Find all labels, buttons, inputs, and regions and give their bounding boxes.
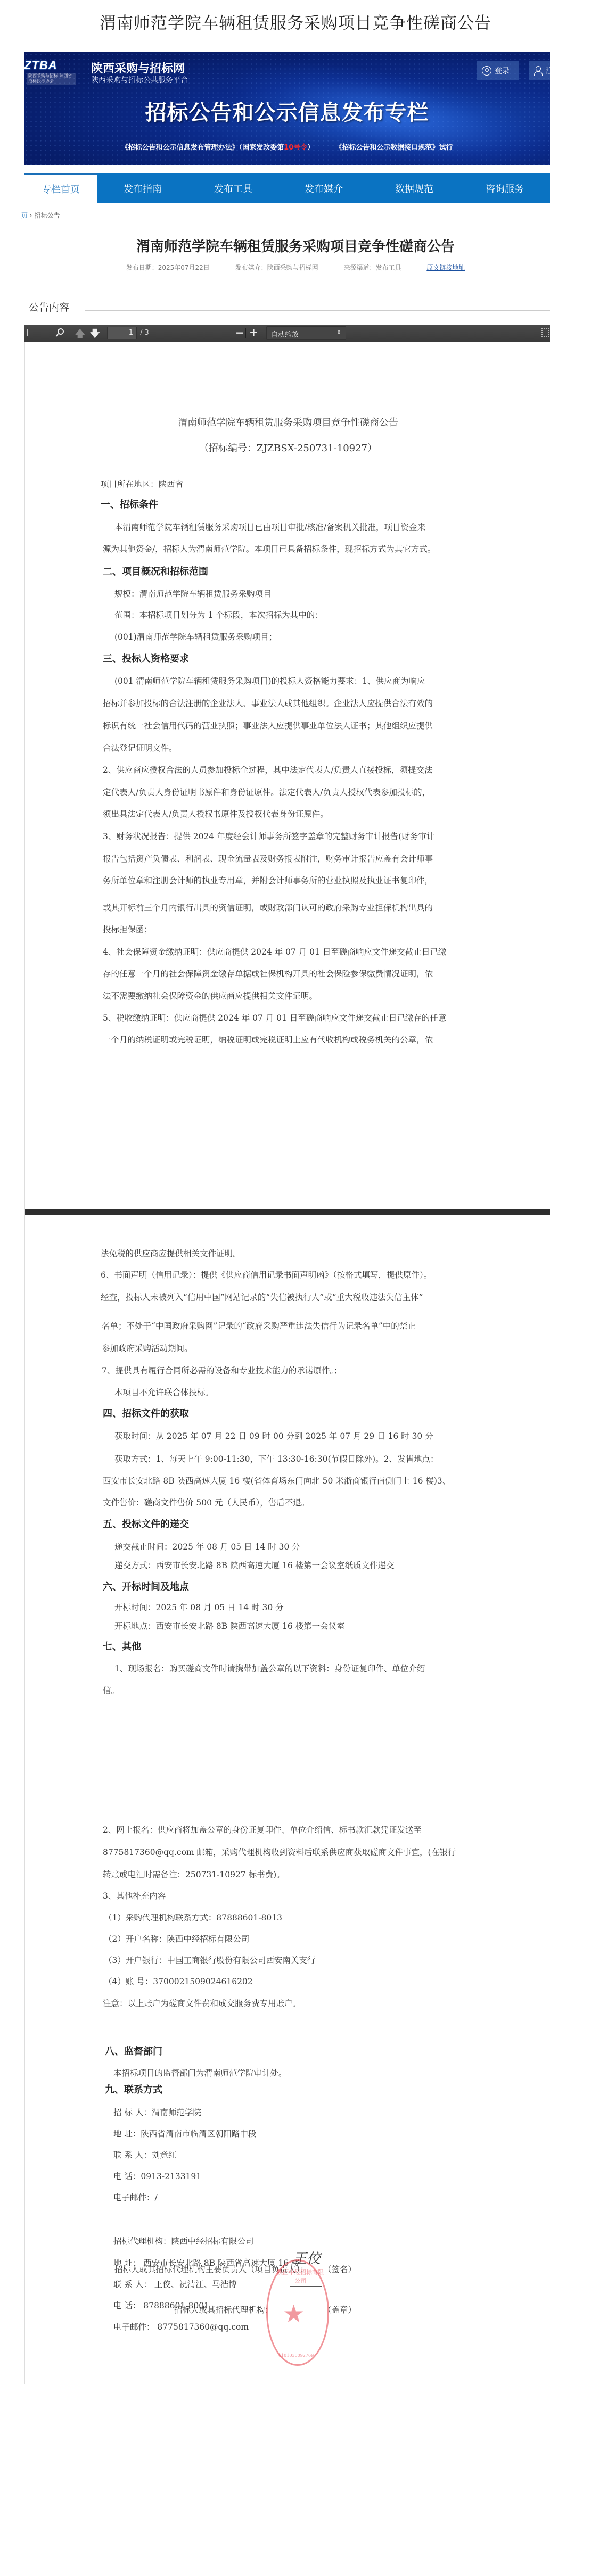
next-page-button[interactable]: 🡇 [90, 327, 100, 343]
user-icon [482, 66, 491, 76]
section-heading: 五、投标文件的递交 [103, 1517, 189, 1530]
paragraph-line: （1）采购代理机构联系方式：87888601-8013 [104, 1911, 282, 1923]
contact-line: 电 话：0913-2133191 [113, 2170, 201, 2182]
article-meta: 发布日期：2025年07月22日 发布媒介：陕西采购与招标网 来源渠道：发布工具… [0, 263, 591, 272]
banner-title: 招标公告和公示信息发布专栏 [24, 96, 550, 126]
sidebar-toggle-icon[interactable] [23, 329, 28, 336]
section-heading: 一、招标条件 [101, 497, 158, 511]
nav-item-media[interactable]: 发布媒介 [278, 173, 369, 203]
paragraph-line: 4、社会保障资金缴纳证明：供应商提供 2024 年 07 月 01 日至磋商响应… [103, 946, 446, 957]
pdf-page-2: 法免税的供应商应提供相关文件证明。 6、书面声明（信用记录）：提供《供应商信用记… [25, 1215, 550, 1817]
paragraph-line: 法免税的供应商应提供相关文件证明。 [101, 1247, 241, 1259]
source-channel: 来源渠道：发布工具 [343, 264, 401, 271]
paragraph-line: （3）开户银行：中国工商银行股份有限公司西安南关支行 [104, 1954, 315, 1966]
section-heading: 二、项目概况和招标范围 [103, 564, 208, 578]
site-logo[interactable]: ZTBA 陕西采购与招标 陕西省招标投标协会 [24, 59, 87, 88]
paragraph-line: 获取方式：1、每天上午 9:00-11:30，下午 13:30-16:30(节假… [114, 1453, 438, 1464]
section-heading: 七、其他 [103, 1639, 141, 1653]
paragraph-line: 投标担保函； [103, 923, 152, 935]
nav-item-home[interactable]: 专栏首页 [24, 173, 97, 203]
paragraph-line: (001)渭南师范学院车辆租赁服务采购项目； [114, 631, 277, 642]
paragraph-line: 一个月的纳税证明或完税证明，纳税证明或完税证明上应有代收机构或税务机关的公章，依 [103, 1033, 433, 1045]
paragraph-line: 2、网上报名：供应商将加盖公章的身份证复印件、单位介绍信、标书款汇款凭证发送至 [103, 1824, 422, 1835]
toolbar-separator [87, 328, 87, 338]
notice-link-management[interactable]: 《招标公告和公示信息发布管理办法》（国家发改委第10号令） [121, 144, 315, 152]
sign-suffix: （签名） [323, 2263, 356, 2275]
page-number-input[interactable]: 1 [107, 327, 137, 339]
paragraph-line: 注意：以上账户为磋商文件费和成交服务费专用账户。 [103, 1997, 301, 2009]
paragraph-line: 1、现场报名：购买磋商文件时请携带加盖公章的以下资料：身份证复印件、单位介绍 [114, 1662, 425, 1674]
paragraph-line: 2、供应商应授权合法的人员参加投标全过程，其中法定代表人/负责人直接投标，须提交… [103, 764, 433, 775]
previous-page-button[interactable]: 🡅 [75, 327, 85, 343]
site-subtitle: 陕西采购与招标公共服务平台 [91, 74, 188, 85]
pdf-page-1: 渭南师范学院车辆租赁服务采购项目竞争性磋商公告 （招标编号：ZJZBSX-250… [25, 342, 550, 1209]
contact-line: 联 系 人： 王佼、祝清江、马浩博 [113, 2278, 237, 2290]
zoom-out-button[interactable]: − [235, 326, 244, 339]
publish-date: 发布日期：2025年07月22日 [126, 264, 210, 271]
register-button[interactable]: 注 [529, 61, 550, 80]
project-region: 项目所在地区：陕西省 [101, 478, 183, 490]
breadcrumb-home[interactable]: 页 [21, 212, 28, 219]
page-title: 渭南师范学院车辆租赁服务采购项目竞争性磋商公告 [0, 10, 591, 34]
paragraph-line: 本招标项目的监督部门为渭南师范学院审计处。 [113, 2067, 287, 2078]
pdf-toolbar: 🡅 🡇 1 / 3 − + 自动缩放 ⇕ [24, 325, 550, 342]
toolbar-separator [245, 328, 246, 338]
nav-item-guide[interactable]: 发布指南 [97, 173, 188, 203]
nav-item-consulting[interactable]: 咨询服务 [459, 173, 550, 203]
seal-number: 6101030092769 [278, 2353, 314, 2358]
paragraph-line: 获取时间：从 2025 年 07 月 22 日 09 时 00 分到 2025 … [114, 1430, 433, 1442]
logo-subtext: 陕西采购与招标 陕西省招标投标协会 [27, 73, 76, 85]
paragraph-line: 递交方式：西安市长安北路 8B 陕西高速大厦 16 楼第一会议室纸质文件递交 [114, 1559, 395, 1571]
user-add-icon [534, 66, 543, 76]
paragraph-line: 信。 [103, 1684, 119, 1696]
divider [85, 310, 550, 311]
paragraph-line: 须出具法定代表人/负责人授权书原件及授权代表身份证原件。 [103, 808, 329, 819]
paragraph-line: 文件售价：磋商文件售价 500 元（人民币），售后不退。 [103, 1496, 309, 1508]
paragraph-line: 名单；不处于“中国政府采购网”记录的“政府采购严重违法失信行为记录名单”中的禁止 [102, 1320, 416, 1331]
section-heading: 四、招标文件的获取 [103, 1406, 189, 1420]
login-label: 登录 [495, 65, 510, 76]
paragraph-line: 或其开标前三个月内银行出具的资信证明，或财政部门认可的政府采购专业担保机构出具的 [103, 901, 433, 913]
site-name: 陕西采购与招标网 [91, 60, 185, 76]
section-label: 公告内容 [29, 300, 69, 314]
divider [24, 228, 550, 228]
paragraph-line: 5、税收缴纳证明：供应商提供 2024 年 07 月 01 日至磋商响应文件递交… [103, 1012, 446, 1023]
paragraph-line: 源为其他资金/，招标人为渭南师范学院。本项目已具备招标条件，现招标方式为其它方式… [103, 543, 436, 554]
pdf-viewer[interactable]: 渭南师范学院车辆租赁服务采购项目竞争性磋商公告 （招标编号：ZJZBSX-250… [24, 342, 550, 2384]
paragraph-line: (001 渭南师范学院车辆租赁服务采购项目)的投标人资格能力要求：1、供应商为响… [114, 675, 425, 686]
notice-left-suffix: ） [307, 144, 314, 152]
seal-text: 陕西中经招标有限公司 [276, 2268, 324, 2285]
page-separator [25, 1209, 550, 1215]
register-label: 注 [546, 65, 550, 76]
breadcrumb-separator: › [30, 212, 32, 219]
document-title: 渭南师范学院车辆租赁服务采购项目竞争性磋商公告 [25, 415, 550, 429]
zoom-select[interactable]: 自动缩放 ⇕ [266, 326, 346, 340]
section-heading: 八、监督部门 [105, 2044, 162, 2058]
banner-notices: 《招标公告和公示信息发布管理办法》（国家发改委第10号令） 《招标公告和公示数据… [24, 142, 550, 152]
contact-line: 联 系 人：刘竞红 [113, 2149, 176, 2160]
site-banner: ZTBA 陕西采购与招标 陕西省招标投标协会 陕西采购与招标网 陕西采购与招标公… [24, 52, 550, 165]
paragraph-line: 规模：渭南师范学院车辆租赁服务采购项目 [114, 587, 272, 599]
nav-item-tools[interactable]: 发布工具 [188, 173, 278, 203]
paragraph-line: 本渭南师范学院车辆租赁服务采购项目已由项目审批/核准/备案机关批准，项目资金来 [114, 521, 425, 533]
breadcrumb: 页 › 招标公告 [21, 211, 60, 220]
paragraph-line: 存的任意一个月的社会保障资金缴存单据或社保机构开具的社会保险参保缴费情况证明，依 [103, 967, 433, 979]
paragraph-line: 西安市长安北路 8B 陕西高速大厦 16 楼(省体育场东门向北 50 米浙商银行… [103, 1475, 450, 1486]
section-heading: 九、联系方式 [105, 2082, 162, 2096]
paragraph-line: 7、提供具有履行合同所必需的设备和专业技术能力的承诺原件。； [102, 1364, 342, 1376]
paragraph-line: 开标时间：2025 年 08 月 05 日 14 时 30 分 [114, 1601, 284, 1613]
paragraph-line: 3、财务状况报告：提供 2024 年度经会计师事务所签字盖章的完整财务审计报告(… [103, 830, 434, 842]
paragraph-line: 开标地点：西安市长安北路 8B 陕西高速大厦 16 楼第一会议室 [114, 1620, 345, 1631]
paragraph-line: （2）开户名称：陕西中经招标有限公司 [104, 1933, 249, 1944]
paragraph-line: 报告包括资产负债表、利润表、现金流量表及财务报表附注，财务审计报告应盖有会计师事 [103, 852, 433, 864]
paragraph-line: 合法登记证明文件。 [103, 742, 177, 753]
paragraph-line: 3、其他补充内容 [103, 1890, 166, 1901]
paragraph-line: 定代表人/负责人身份证明书原件和身份证原件。法定代表人/负责人授权代表参加投标的… [103, 786, 430, 798]
page-count: / 3 [140, 329, 149, 337]
notice-link-interface[interactable]: 《招标公告和公示数据接口规范》试行 [335, 144, 453, 152]
paragraph-line: 转账或电汇时需备注：250731-10927 标书费)。 [103, 1868, 285, 1880]
contact-line: 电子邮件：/ [113, 2191, 158, 2203]
contact-line: 地 址：陕西省渭南市临渭区朝阳路中段 [113, 2127, 256, 2139]
seal-star-icon: ★ [283, 2299, 305, 2328]
paragraph-line: 务所单位章和注册会计师的执业专用章，并附会计师事务所的营业执照及执业证书复印件， [103, 874, 433, 886]
article-title: 渭南师范学院车辆租赁服务采购项目竞争性磋商公告 [0, 236, 591, 255]
breadcrumb-current[interactable]: 招标公告 [34, 212, 60, 219]
seal-label: 招标人或其招标代理机构： [174, 2304, 273, 2315]
contact-line: 电子邮件： 8775817360@qq.com [113, 2321, 249, 2332]
paragraph-line: （4）账 号：3700021509024616202 [104, 1975, 253, 1987]
notice-order-number: 10号令 [284, 144, 307, 152]
section-heading: 六、开标时间及地点 [103, 1579, 189, 1593]
tender-code: （招标编号：ZJZBSX-250731-10927） [25, 441, 550, 454]
logo-mark: ZTBA [24, 59, 58, 72]
zoom-select-value: 自动缩放 [271, 331, 299, 339]
paragraph-line: 8775817360@qq.com 邮箱，采购代理机构收到资料后联系供应商获取磋… [103, 1846, 456, 1858]
select-arrows-icon: ⇕ [336, 329, 341, 336]
contact-line: 招标代理机构：陕西中经招标有限公司 [113, 2235, 254, 2247]
paragraph-line: 范围：本招标项目划分为 1 个标段，本次招标为其中的： [114, 609, 323, 620]
paragraph-line: 递交截止时间：2025 年 08 月 05 日 14 时 30 分 [114, 1540, 300, 1552]
contact-line: 招 标 人：渭南师范学院 [113, 2106, 201, 2118]
paragraph-line: 经查，投标人未被列入“信用中国”网站记录的“失信被执行人”或“重大税收违法失信主… [101, 1291, 423, 1303]
paragraph-line: 参加政府采购活动期间。 [102, 1342, 193, 1354]
paragraph-line: 6、书面声明（信用记录）：提供《供应商信用记录书面声明函》（按格式填写，提供原件… [101, 1269, 432, 1280]
paragraph-line: 标识有统一社会信用代码的营业执照；事业法人应提供事业单位法人证书；其他组织应提供 [103, 719, 433, 731]
zoom-in-button[interactable]: + [249, 326, 258, 338]
nav-item-data-spec[interactable]: 数据规范 [369, 173, 459, 203]
fullscreen-icon[interactable] [541, 328, 549, 337]
paragraph-line: 法不需要缴纳社会保障资金的供应商应提供相关文件证明。 [103, 990, 317, 1001]
paragraph-line: 本项目不允许联合体投标。 [114, 1386, 214, 1398]
section-heading: 三、投标人资格要求 [103, 651, 189, 665]
login-button[interactable]: 登录 [477, 61, 519, 80]
original-link[interactable]: 原文链接地址 [426, 264, 465, 271]
publish-media: 发布媒介：陕西采购与招标网 [235, 264, 318, 271]
notice-left-text: 《招标公告和公示信息发布管理办法》（国家发改委第 [121, 144, 284, 152]
search-icon[interactable] [56, 328, 63, 337]
paragraph-line: 招标并参加投标的合法注册的企业法人、事业法人或其他组织。企业法人应提供合法有效的 [103, 697, 433, 709]
main-nav: 专栏首页 发布指南 发布工具 发布媒介 数据规范 咨询服务 [24, 173, 550, 203]
